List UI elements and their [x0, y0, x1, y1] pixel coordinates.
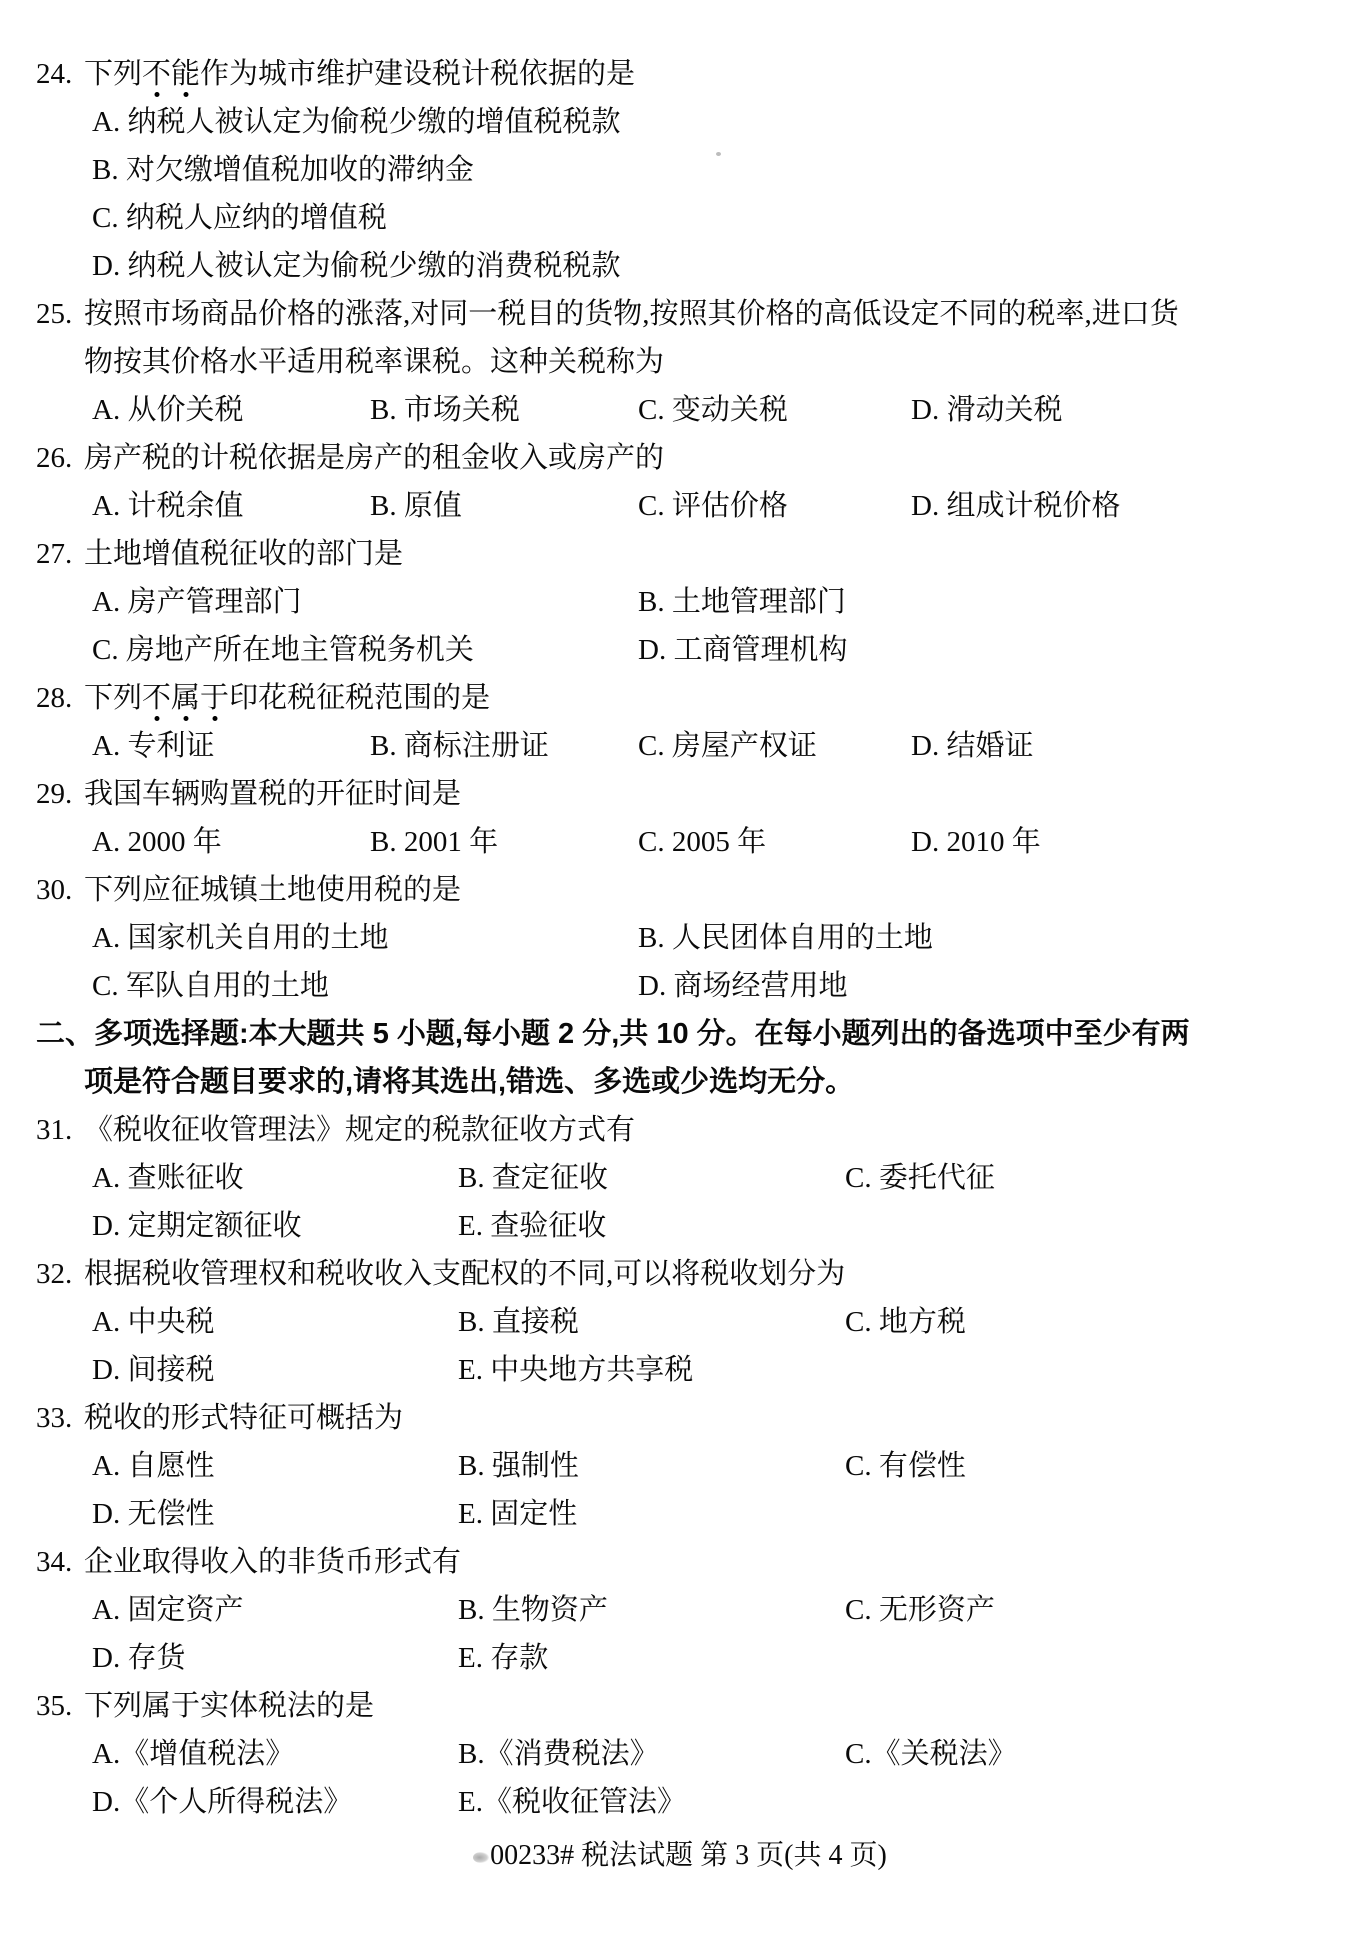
option-row: A.《增值税法》B.《消费税法》C.《关税法》 [0, 1730, 1360, 1778]
option: D. 定期定额征收 [92, 1202, 301, 1250]
option: E. 中央地方共享税 [458, 1346, 693, 1394]
option: C. 地方税 [845, 1298, 966, 1346]
option: E. 存款 [458, 1634, 548, 1682]
option-row: A. 查账征收B. 查定征收C. 委托代征 [0, 1154, 1360, 1202]
question-stem-line: 33.税收的形式特征可概括为 [0, 1394, 1360, 1442]
option: A. 纳税人被认定为偷税少缴的增值税税款 [92, 98, 620, 146]
option: B. 原值 [370, 482, 462, 530]
question-stem: 根据税收管理权和税收收入支配权的不同,可以将税收划分为 [84, 1250, 845, 1298]
option: A. 从价关税 [92, 386, 243, 434]
option: D. 无偿性 [92, 1490, 214, 1538]
option: C. 2005 年 [638, 818, 766, 866]
option-row: D. 存货E. 存款 [0, 1634, 1360, 1682]
question-stem-continued: 物按其价格水平适用税率课税。这种关税称为 [84, 338, 664, 386]
scan-smudge-artifact [473, 1852, 489, 1863]
option: B. 人民团体自用的土地 [638, 914, 933, 962]
option: C. 纳税人应纳的增值税 [92, 194, 387, 242]
option-row: A. 专利证B. 商标注册证C. 房屋产权证D. 结婚证 [0, 722, 1360, 770]
question-number: 26. [36, 434, 72, 482]
page-footer: 00233# 税法试题 第 3 页(共 4 页) [0, 1832, 1360, 1880]
question-stem-line: 26.房产税的计税依据是房产的租金收入或房产的 [0, 434, 1360, 482]
question-stem: 税收的形式特征可概括为 [84, 1394, 403, 1442]
question-stem: 我国车辆购置税的开征时间是 [84, 770, 461, 818]
exam-page: 24.下列不能作为城市维护建设税计税依据的是A. 纳税人被认定为偷税少缴的增值税… [0, 0, 1360, 1936]
option: D. 存货 [92, 1634, 185, 1682]
option: A. 房产管理部门 [92, 578, 301, 626]
option-row: A. 国家机关自用的土地B. 人民团体自用的土地 [0, 914, 1360, 962]
option-row: A. 计税余值B. 原值C. 评估价格D. 组成计税价格 [0, 482, 1360, 530]
option: C. 军队自用的土地 [92, 962, 329, 1010]
question-list: 24.下列不能作为城市维护建设税计税依据的是A. 纳税人被认定为偷税少缴的增值税… [0, 50, 1360, 1826]
option: E.《税收征管法》 [458, 1778, 686, 1826]
option-row: D.《个人所得税法》E.《税收征管法》 [0, 1778, 1360, 1826]
option: D. 组成计税价格 [911, 482, 1120, 530]
question-stem: 下列不属于印花税征税范围的是 [84, 674, 490, 722]
question-number: 24. [36, 50, 72, 98]
option: D. 滑动关税 [911, 386, 1062, 434]
option: B. 生物资产 [458, 1586, 608, 1634]
option-row: A. 中央税B. 直接税C. 地方税 [0, 1298, 1360, 1346]
option-row: A. 从价关税B. 市场关税C. 变动关税D. 滑动关税 [0, 386, 1360, 434]
question-number: 30. [36, 866, 72, 914]
question-stem-line: 27.土地增值税征收的部门是 [0, 530, 1360, 578]
option-row: C. 军队自用的土地D. 商场经营用地 [0, 962, 1360, 1010]
option-row: A. 自愿性B. 强制性C. 有偿性 [0, 1442, 1360, 1490]
question-number: 27. [36, 530, 72, 578]
question-number: 31. [36, 1106, 72, 1154]
question-number: 35. [36, 1682, 72, 1730]
question-number: 33. [36, 1394, 72, 1442]
question-stem-line: 物按其价格水平适用税率课税。这种关税称为 [0, 338, 1360, 386]
question-stem: 《税收征收管理法》规定的税款征收方式有 [84, 1106, 635, 1154]
question-stem-line: 28.下列不属于印花税征税范围的是 [0, 674, 1360, 722]
section-header-line: 二、多项选择题:本大题共 5 小题,每小题 2 分,共 10 分。在每小题列出的… [0, 1010, 1360, 1058]
option: B.《消费税法》 [458, 1730, 659, 1778]
section-header-line: 项是符合题目要求的,请将其选出,错选、多选或少选均无分。 [0, 1058, 1360, 1106]
option: B. 对欠缴增值税加收的滞纳金 [92, 146, 474, 194]
option-row: D. 间接税E. 中央地方共享税 [0, 1346, 1360, 1394]
option: A. 国家机关自用的土地 [92, 914, 388, 962]
option: A. 固定资产 [92, 1586, 243, 1634]
emphasized-char: 能 [171, 60, 200, 89]
option: A. 专利证 [92, 722, 214, 770]
option: D.《个人所得税法》 [92, 1778, 352, 1826]
option: D. 工商管理机构 [638, 626, 847, 674]
question-stem-line: 31.《税收征收管理法》规定的税款征收方式有 [0, 1106, 1360, 1154]
question-stem-line: 32.根据税收管理权和税收收入支配权的不同,可以将税收划分为 [0, 1250, 1360, 1298]
option-row: A. 纳税人被认定为偷税少缴的增值税税款 [0, 98, 1360, 146]
option: A. 计税余值 [92, 482, 243, 530]
option: B. 土地管理部门 [638, 578, 846, 626]
question-number: 25. [36, 290, 72, 338]
option-row: C. 房地产所在地主管税务机关D. 工商管理机构 [0, 626, 1360, 674]
question-stem-line: 29.我国车辆购置税的开征时间是 [0, 770, 1360, 818]
question-number: 29. [36, 770, 72, 818]
option-row: A. 房产管理部门B. 土地管理部门 [0, 578, 1360, 626]
option: D. 2010 年 [911, 818, 1041, 866]
option: D. 间接税 [92, 1346, 214, 1394]
option: D. 纳税人被认定为偷税少缴的消费税税款 [92, 242, 620, 290]
option: B. 查定征收 [458, 1154, 608, 1202]
section2-header: 二、多项选择题:本大题共 5 小题,每小题 2 分,共 10 分。在每小题列出的… [36, 1010, 1190, 1058]
question-stem-line: 30.下列应征城镇土地使用税的是 [0, 866, 1360, 914]
option: B. 商标注册证 [370, 722, 549, 770]
question-stem-line: 35.下列属于实体税法的是 [0, 1682, 1360, 1730]
option-row: C. 纳税人应纳的增值税 [0, 194, 1360, 242]
emphasized-char: 于 [200, 684, 229, 713]
option: C. 委托代征 [845, 1154, 995, 1202]
question-stem: 下列应征城镇土地使用税的是 [84, 866, 461, 914]
question-stem: 土地增值税征收的部门是 [84, 530, 403, 578]
option: C. 房屋产权证 [638, 722, 817, 770]
option: C. 变动关税 [638, 386, 788, 434]
option: A.《增值税法》 [92, 1730, 294, 1778]
option: B. 直接税 [458, 1298, 579, 1346]
emphasized-char: 属 [171, 684, 200, 713]
question-number: 32. [36, 1250, 72, 1298]
question-stem: 企业取得收入的非货币形式有 [84, 1538, 461, 1586]
footer-text: 00233# 税法试题 第 3 页(共 4 页) [490, 1840, 887, 1871]
emphasized-char: 不 [142, 60, 171, 89]
option: A. 中央税 [92, 1298, 214, 1346]
option-row: D. 定期定额征收E. 查验征收 [0, 1202, 1360, 1250]
option-row: D. 纳税人被认定为偷税少缴的消费税税款 [0, 242, 1360, 290]
question-stem: 房产税的计税依据是房产的租金收入或房产的 [84, 434, 664, 482]
question-stem: 下列属于实体税法的是 [84, 1682, 374, 1730]
option-row: B. 对欠缴增值税加收的滞纳金 [0, 146, 1360, 194]
option: C. 房地产所在地主管税务机关 [92, 626, 474, 674]
question-number: 28. [36, 674, 72, 722]
option-row: D. 无偿性E. 固定性 [0, 1490, 1360, 1538]
question-stem: 按照市场商品价格的涨落,对同一税目的货物,按照其价格的高低设定不同的税率,进口货 [84, 290, 1179, 338]
option: E. 固定性 [458, 1490, 577, 1538]
option: A. 2000 年 [92, 818, 222, 866]
option: E. 查验征收 [458, 1202, 606, 1250]
option-row: A. 固定资产B. 生物资产C. 无形资产 [0, 1586, 1360, 1634]
question-stem-line: 24.下列不能作为城市维护建设税计税依据的是 [0, 50, 1360, 98]
option: C.《关税法》 [845, 1730, 1017, 1778]
question-stem-line: 25.按照市场商品价格的涨落,对同一税目的货物,按照其价格的高低设定不同的税率,… [0, 290, 1360, 338]
option: B. 市场关税 [370, 386, 520, 434]
section2-header-continued: 项是符合题目要求的,请将其选出,错选、多选或少选均无分。 [84, 1058, 854, 1106]
scan-dot-artifact [716, 152, 721, 156]
option: A. 自愿性 [92, 1442, 214, 1490]
option: D. 结婚证 [911, 722, 1033, 770]
question-number: 34. [36, 1538, 72, 1586]
option-row: A. 2000 年B. 2001 年C. 2005 年D. 2010 年 [0, 818, 1360, 866]
emphasized-char: 不 [142, 684, 171, 713]
question-stem-line: 34.企业取得收入的非货币形式有 [0, 1538, 1360, 1586]
question-stem: 下列不能作为城市维护建设税计税依据的是 [84, 50, 635, 98]
option: B. 2001 年 [370, 818, 498, 866]
option: D. 商场经营用地 [638, 962, 847, 1010]
option: A. 查账征收 [92, 1154, 243, 1202]
option: C. 评估价格 [638, 482, 788, 530]
option: C. 无形资产 [845, 1586, 995, 1634]
option: B. 强制性 [458, 1442, 579, 1490]
option: C. 有偿性 [845, 1442, 966, 1490]
